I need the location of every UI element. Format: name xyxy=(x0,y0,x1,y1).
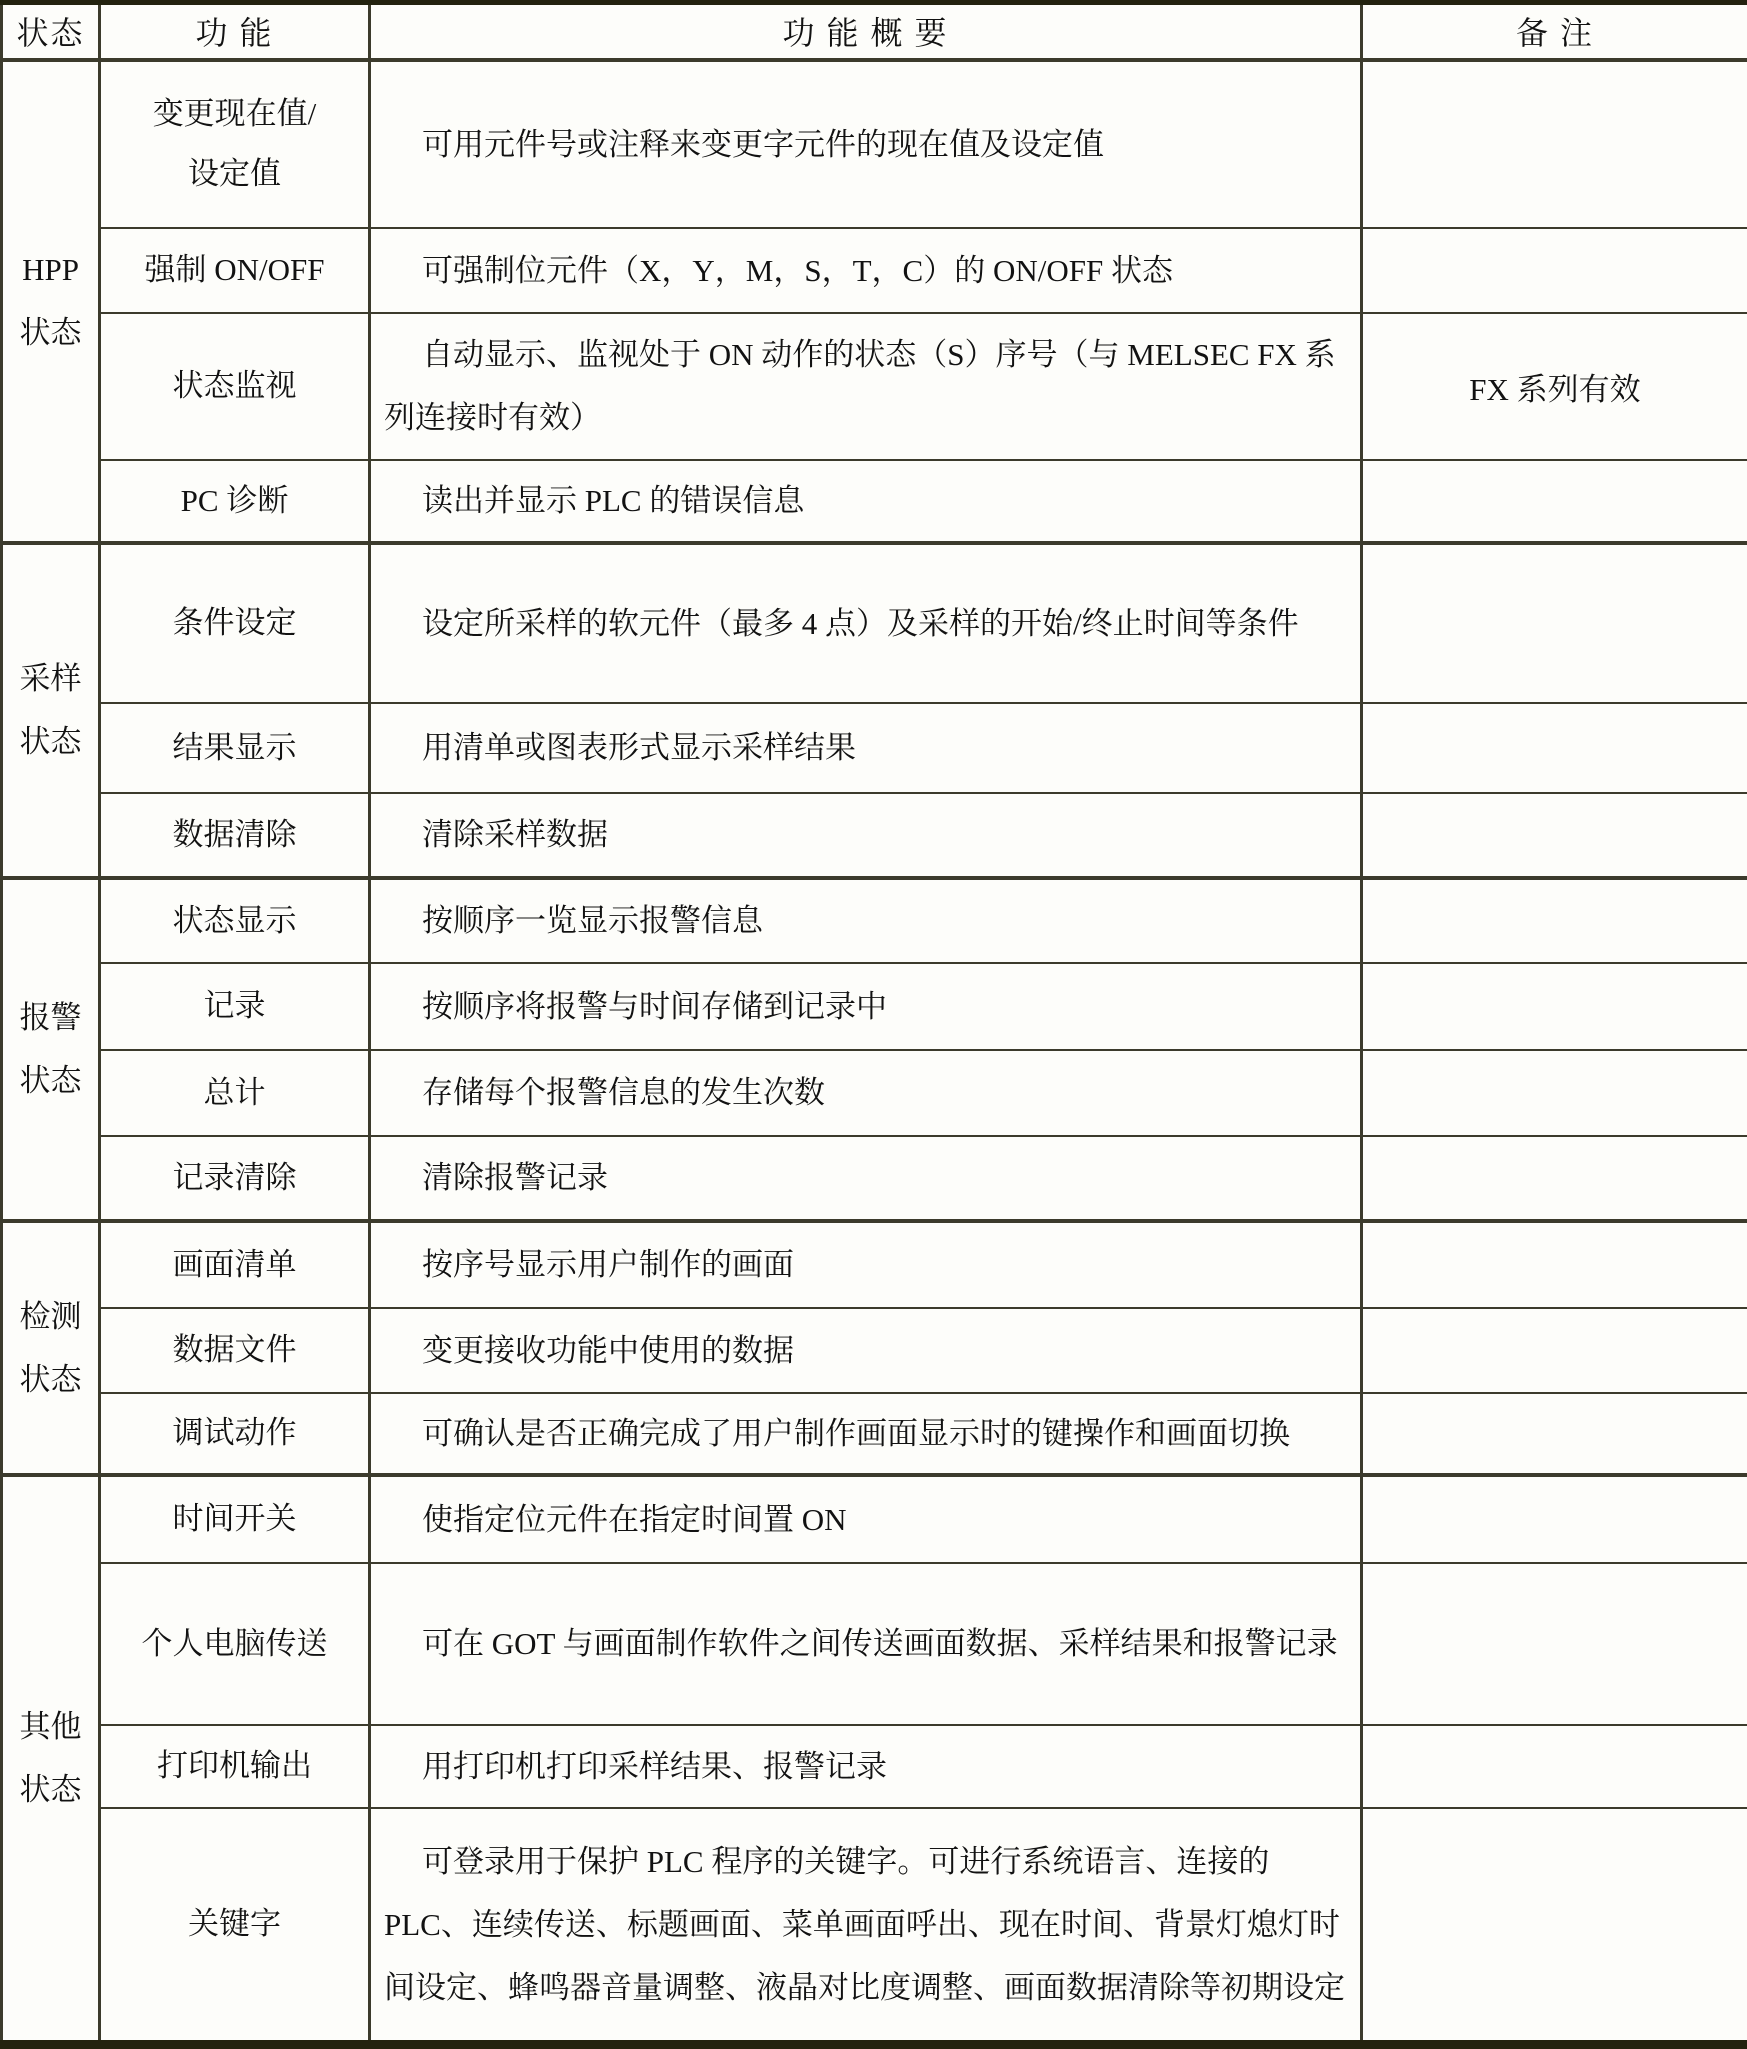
header-status: 状态 xyxy=(2,3,100,60)
function-cell: 变更现在值/ 设定值 xyxy=(100,60,370,228)
remark-cell xyxy=(1362,460,1747,543)
summary-cell: 用打印机打印采样结果、报警记录 xyxy=(370,1725,1362,1808)
group-cell-other: 其他 状态 xyxy=(2,1475,100,2045)
header-remark: 备 注 xyxy=(1362,3,1747,60)
remark-cell xyxy=(1362,60,1747,228)
function-cell: 总计 xyxy=(100,1050,370,1136)
table-row: 打印机输出 用打印机打印采样结果、报警记录 xyxy=(2,1725,1747,1808)
header-summary: 功 能 概 要 xyxy=(370,3,1362,60)
summary-cell: 清除报警记录 xyxy=(370,1136,1362,1221)
group-cell-alarm: 报警 状态 xyxy=(2,878,100,1221)
summary-cell: 清除采样数据 xyxy=(370,793,1362,878)
summary-cell: 可确认是否正确完成了用户制作画面显示时的键操作和画面切换 xyxy=(370,1393,1362,1475)
remark-cell xyxy=(1362,1725,1747,1808)
remark-cell xyxy=(1362,1308,1747,1393)
summary-cell: 可强制位元件（X，Y，M，S，T，C）的 ON/OFF 状态 xyxy=(370,228,1362,313)
table-row: 强制 ON/OFF 可强制位元件（X，Y，M，S，T，C）的 ON/OFF 状态 xyxy=(2,228,1747,313)
function-cell: 状态显示 xyxy=(100,878,370,963)
function-cell: 结果显示 xyxy=(100,703,370,793)
table-row: 数据清除 清除采样数据 xyxy=(2,793,1747,878)
summary-cell: 存储每个报警信息的发生次数 xyxy=(370,1050,1362,1136)
remark-cell xyxy=(1362,1563,1747,1725)
summary-cell: 可登录用于保护 PLC 程序的关键字。可进行系统语言、连接的 PLC、连续传送、… xyxy=(370,1808,1362,2045)
table-row: 报警 状态 状态显示 按顺序一览显示报警信息 xyxy=(2,878,1747,963)
table-row: 个人电脑传送 可在 GOT 与画面制作软件之间传送画面数据、采样结果和报警记录 xyxy=(2,1563,1747,1725)
table-row: 结果显示 用清单或图表形式显示采样结果 xyxy=(2,703,1747,793)
table-row: 调试动作 可确认是否正确完成了用户制作画面显示时的键操作和画面切换 xyxy=(2,1393,1747,1475)
remark-cell xyxy=(1362,1050,1747,1136)
summary-cell: 可在 GOT 与画面制作软件之间传送画面数据、采样结果和报警记录 xyxy=(370,1563,1362,1725)
function-cell: 数据清除 xyxy=(100,793,370,878)
function-cell: 画面清单 xyxy=(100,1221,370,1308)
table-row: 检测 状态 画面清单 按序号显示用户制作的画面 xyxy=(2,1221,1747,1308)
function-cell: 数据文件 xyxy=(100,1308,370,1393)
function-cell: 强制 ON/OFF xyxy=(100,228,370,313)
table-row: 数据文件 变更接收功能中使用的数据 xyxy=(2,1308,1747,1393)
table-row: 记录清除 清除报警记录 xyxy=(2,1136,1747,1221)
table-row: PC 诊断 读出并显示 PLC 的错误信息 xyxy=(2,460,1747,543)
summary-cell: 使指定位元件在指定时间置 ON xyxy=(370,1475,1362,1563)
summary-cell: 变更接收功能中使用的数据 xyxy=(370,1308,1362,1393)
summary-cell: 按序号显示用户制作的画面 xyxy=(370,1221,1362,1308)
table-header-row: 状态 功 能 功 能 概 要 备 注 xyxy=(2,3,1747,60)
group-cell-sampling: 采样 状态 xyxy=(2,543,100,878)
function-cell: 状态监视 xyxy=(100,313,370,460)
remark-cell xyxy=(1362,1136,1747,1221)
function-cell: 打印机输出 xyxy=(100,1725,370,1808)
function-cell: PC 诊断 xyxy=(100,460,370,543)
function-cell: 记录 xyxy=(100,963,370,1050)
remark-cell: FX 系列有效 xyxy=(1362,313,1747,460)
function-cell: 时间开关 xyxy=(100,1475,370,1563)
function-cell: 关键字 xyxy=(100,1808,370,2045)
table-row: 状态监视 自动显示、监视处于 ON 动作的状态（S）序号（与 MELSEC FX… xyxy=(2,313,1747,460)
remark-cell xyxy=(1362,1475,1747,1563)
function-overview-table: 状态 功 能 功 能 概 要 备 注 HPP 状态 变更现在值/ 设定值 可用元… xyxy=(0,0,1747,2049)
table-row: 采样 状态 条件设定 设定所采样的软元件（最多 4 点）及采样的开始/终止时间等… xyxy=(2,543,1747,703)
group-cell-hpp: HPP 状态 xyxy=(2,60,100,543)
header-function: 功 能 xyxy=(100,3,370,60)
function-cell: 记录清除 xyxy=(100,1136,370,1221)
table-row: 其他 状态 时间开关 使指定位元件在指定时间置 ON xyxy=(2,1475,1747,1563)
table-row: 总计 存储每个报警信息的发生次数 xyxy=(2,1050,1747,1136)
function-cell: 个人电脑传送 xyxy=(100,1563,370,1725)
table-row: HPP 状态 变更现在值/ 设定值 可用元件号或注释来变更字元件的现在值及设定值 xyxy=(2,60,1747,228)
summary-cell: 用清单或图表形式显示采样结果 xyxy=(370,703,1362,793)
remark-cell xyxy=(1362,1808,1747,2045)
summary-cell: 按顺序将报警与时间存储到记录中 xyxy=(370,963,1362,1050)
summary-cell: 自动显示、监视处于 ON 动作的状态（S）序号（与 MELSEC FX 系列连接… xyxy=(370,313,1362,460)
remark-cell xyxy=(1362,793,1747,878)
remark-cell xyxy=(1362,1393,1747,1475)
remark-cell xyxy=(1362,228,1747,313)
summary-cell: 设定所采样的软元件（最多 4 点）及采样的开始/终止时间等条件 xyxy=(370,543,1362,703)
remark-cell xyxy=(1362,963,1747,1050)
remark-cell xyxy=(1362,543,1747,703)
function-cell: 调试动作 xyxy=(100,1393,370,1475)
summary-cell: 按顺序一览显示报警信息 xyxy=(370,878,1362,963)
summary-cell: 可用元件号或注释来变更字元件的现在值及设定值 xyxy=(370,60,1362,228)
group-cell-check: 检测 状态 xyxy=(2,1221,100,1475)
remark-cell xyxy=(1362,703,1747,793)
table-row: 关键字 可登录用于保护 PLC 程序的关键字。可进行系统语言、连接的 PLC、连… xyxy=(2,1808,1747,2045)
function-cell: 条件设定 xyxy=(100,543,370,703)
remark-cell xyxy=(1362,1221,1747,1308)
remark-cell xyxy=(1362,878,1747,963)
table-row: 记录 按顺序将报警与时间存储到记录中 xyxy=(2,963,1747,1050)
summary-cell: 读出并显示 PLC 的错误信息 xyxy=(370,460,1362,543)
